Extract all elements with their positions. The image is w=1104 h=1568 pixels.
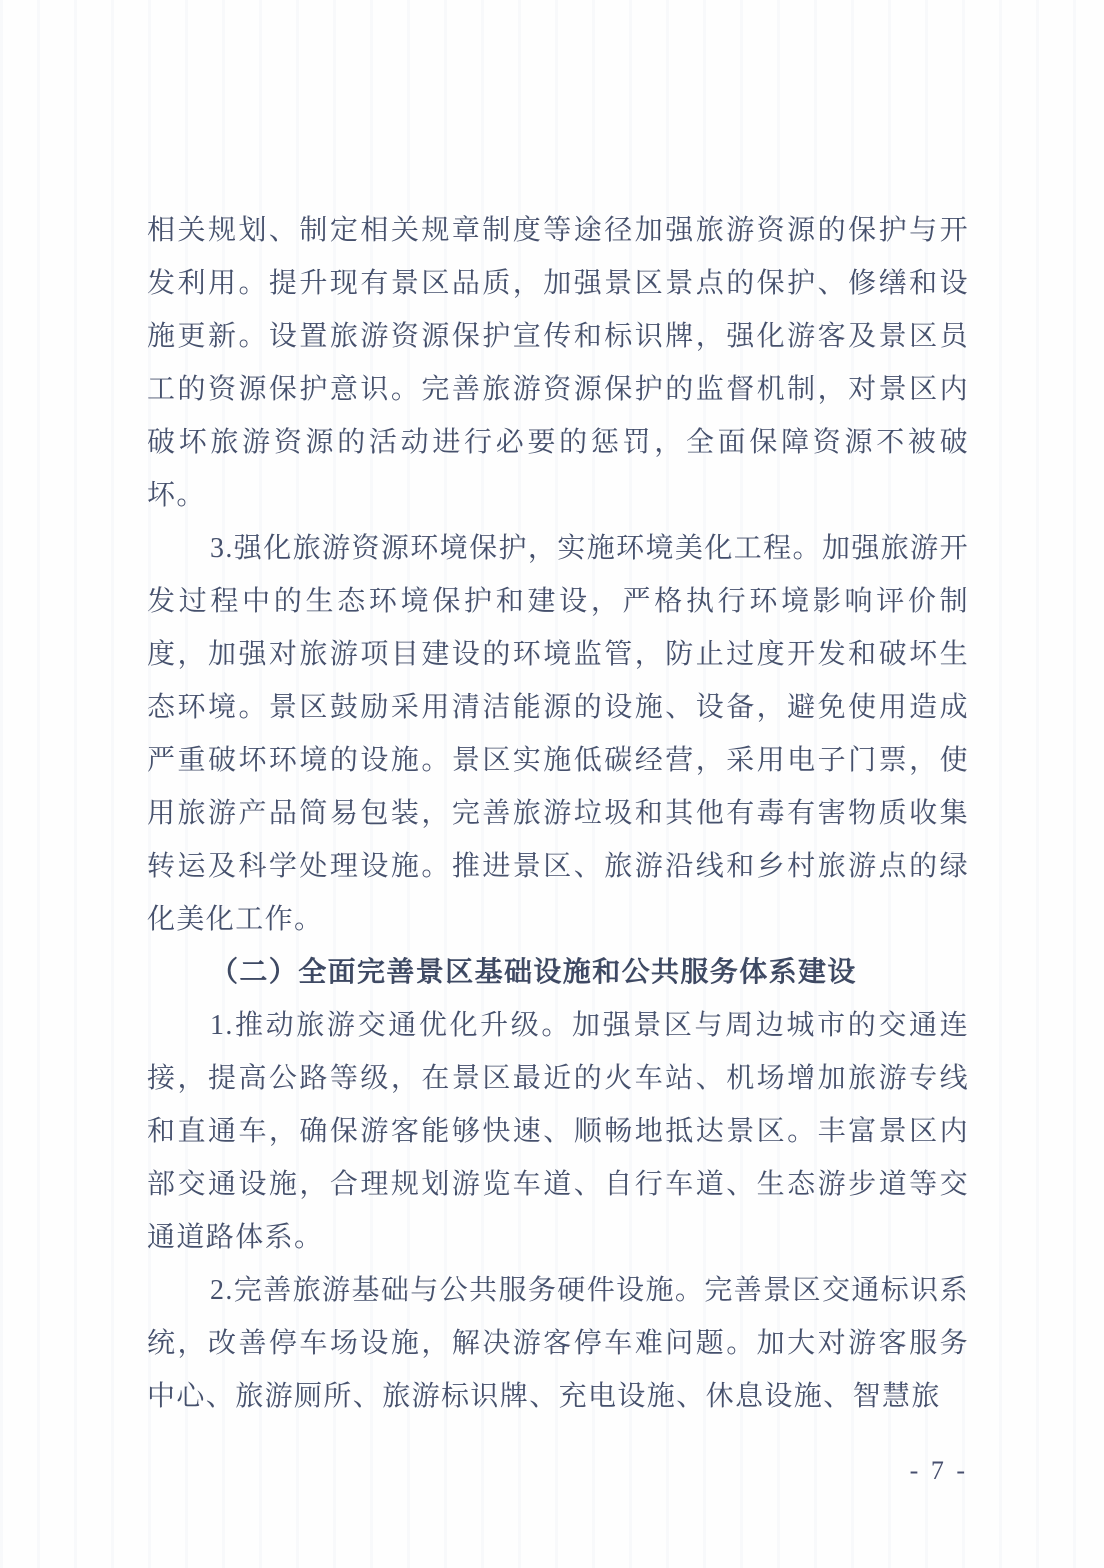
paragraph-public-service-facilities: 2.完善旅游基础与公共服务硬件设施。完善景区交通标识系统，改善停车场设施，解决游…	[147, 1264, 969, 1423]
document-page: 相关规划、制定相关规章制度等途径加强旅游资源的保护与开发利用。提升现有景区品质，…	[0, 0, 1104, 1568]
paragraph-environment-protection: 3.强化旅游资源环境保护，实施环境美化工程。加强旅游开发过程中的生态环境保护和建…	[147, 522, 969, 946]
page-number: - 7 -	[910, 1456, 968, 1486]
section-heading-infrastructure: （二）全面完善景区基础设施和公共服务体系建设	[147, 946, 969, 999]
paragraph-resource-protection: 相关规划、制定相关规章制度等途径加强旅游资源的保护与开发利用。提升现有景区品质，…	[147, 204, 969, 522]
paragraph-transport-upgrade: 1.推动旅游交通优化升级。加强景区与周边城市的交通连接，提高公路等级，在景区最近…	[147, 999, 969, 1264]
document-body: 相关规划、制定相关规章制度等途径加强旅游资源的保护与开发利用。提升现有景区品质，…	[147, 204, 969, 1423]
